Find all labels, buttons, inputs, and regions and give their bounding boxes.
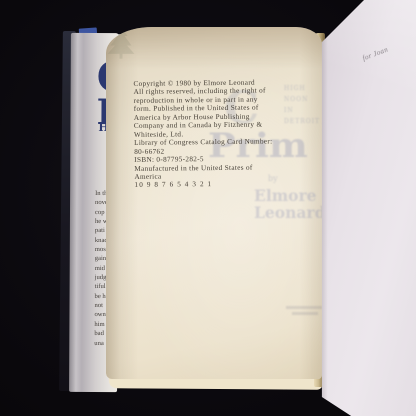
manufactured-block: Manufactured in the United States of Ame… [134, 163, 304, 182]
rights-paragraph: All rights reserved, including the right… [134, 87, 305, 139]
printing-numbers-line: 10 9 8 7 6 5 4 3 2 1 [134, 180, 304, 190]
copyright-text-block: Copyright © 1980 by Elmore Leonard All r… [133, 78, 304, 190]
lccn-block: Library of Congress Catalog Card Number:… [134, 137, 304, 156]
lifted-dedication-page: for Joan [318, 0, 416, 416]
ghost-author-last: Leonard [254, 204, 322, 221]
ghost-imprint-line [292, 312, 318, 315]
ghost-publisher-tree-logo [106, 27, 136, 59]
book-photo-scene: C P H In th nove cop he w pati knac mos … [0, 0, 416, 416]
dedication-text: for Joan [361, 45, 389, 62]
ghost-imprint-line [286, 306, 322, 309]
ghost-author-first: Elmore [254, 187, 322, 204]
copyright-page: C HIGH NOON IN DETROIT Prim by Elmore Le… [106, 27, 322, 379]
ghost-author-name: Elmore Leonard [254, 187, 322, 221]
